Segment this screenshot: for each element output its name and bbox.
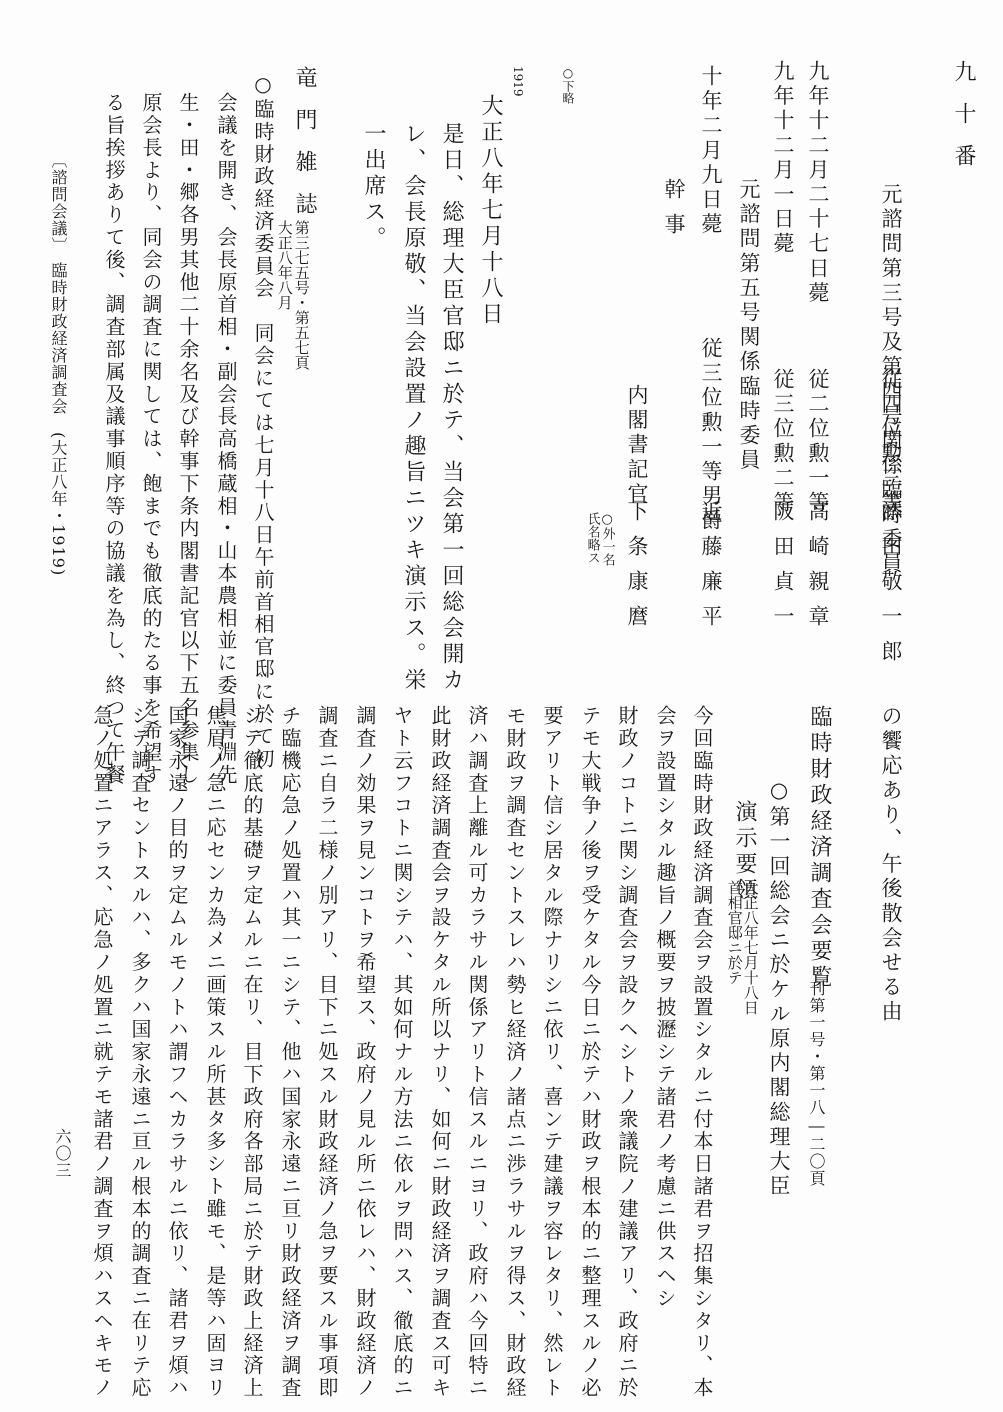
death-date: 十年二月九日薨 — [700, 65, 721, 237]
source-reference: 刊第一号・第一八―二〇頁 — [808, 980, 824, 1187]
member-name: 添田敬一郎 — [880, 500, 901, 675]
member-name: 高崎親章 — [807, 500, 828, 640]
article-text: ○臨時財政経済委員会 同会にては七月十八日午前首相官邸に於て初 — [253, 72, 273, 770]
source-date: 大正八年八月 — [276, 220, 292, 310]
source-title: 竜門雑誌 — [293, 66, 315, 234]
section-heading: ○第一回総会ニ於ケル原内閣総理大臣 — [768, 778, 789, 1199]
running-head-title: 臨時財政経済調査会 (大正八年・1919) — [50, 262, 66, 576]
body-text: 会ヲ設置シタル趣旨ノ概要ヲ披瀝シテ諸君ノ考慮ニ供スヘシ — [655, 705, 675, 1310]
speech-date: 大正八年七月十八日 — [742, 880, 758, 1015]
article-text: 生・田・郷各男其他二十余名及び幹事下条内閣書記官以下五名参集し — [178, 92, 198, 786]
annotation-omitted: ○下略 — [562, 66, 574, 104]
body-text: テモ大戦争ノ後ヲ受ケタル今日ニ於テハ財政ヲ根本的ニ整理スルノ必 — [580, 705, 600, 1399]
body-text: シテ調査セントスルハ、多クハ国家永遠ニ亘ル根本的調査ニ在リテ応 — [130, 705, 150, 1399]
secretary-label: 幹事 — [663, 178, 684, 248]
speech-location: 首相官邸ニ於テ — [726, 880, 742, 985]
body-text: 財政ノコトニ関シ調査会ヲ設クヘシトノ衆議院ノ建議アリ、政府ニ於 — [617, 705, 637, 1399]
member-rank: 従三位勲二等 — [772, 368, 793, 516]
event-text: レ、会長原敬、当会設置ノ趣旨ニツキ演示ス。栄 — [402, 122, 424, 694]
body-text: シテ徹底的基礎ヲ定ムルニ在リ、目下政府各部局ニ於テ財政上経済上 — [242, 705, 262, 1399]
body-text: 此財政経済調査会ヲ設ケタル所以ナリ、如何ニ財政経済ヲ調査ス可キ — [430, 705, 450, 1399]
member-name: 阪田貞一 — [772, 500, 793, 640]
body-text: 急ノ処置ニアラス、応急ノ処置ニ就テモ諸君ノ調査ヲ煩ハスヘキモノ — [92, 705, 112, 1399]
source-title: 臨時財政経済調査会要覧 — [808, 705, 830, 991]
entry-date-heading: 大正八年七月十八日 — [479, 94, 501, 328]
death-date: 九年十二月一日薨 — [772, 60, 793, 257]
event-text: 是日、総理大臣官邸ニ於テ、当会第一回総会開カ — [440, 122, 462, 694]
body-text: ヤト云フコトニ関シテハ、其如何ナル方法ニ依ルヲ問ハス、徹底的ニ — [392, 705, 412, 1399]
document-page: 九十番 元諮問第三号及第四号関係臨時委員 従四位勲三等 添田敬一郎 九年十二月二… — [0, 0, 1003, 1412]
running-head-section: 〔諮問会議〕 — [50, 152, 66, 254]
event-text: 一出席ス。 — [362, 122, 384, 252]
member-rank: 従二位勲一等 — [807, 368, 828, 516]
body-text: 調査ニ自ラ二様ノ別アリ、目下ニ処スル財政経済ノ急ヲ要スル事項即 — [317, 705, 337, 1399]
body-text: モ財政ヲ調査セントスレハ勢ヒ経済ノ諸点ニ渉ラサルヲ得ス、財政経 — [505, 705, 525, 1399]
body-text: 国家永遠ノ目的ヲ定ムルモノトハ謂フヘカラサルニ依リ、諸君ヲ煩ハ — [167, 705, 187, 1399]
article-text: 会議を開き、会長原首相・副会長高橋蔵相・山本農相並に委員青淵先 — [216, 92, 236, 786]
secretary-name: 下条康麿 — [626, 500, 647, 640]
body-text: 済ハ調査上離ル可カラサル関係アリト信スルニヨリ、政府ハ今回特ニ — [467, 705, 487, 1399]
article-text: る旨挨拶ありて後、調査部属及議事順序等の協議を為し、終つて午餐 — [104, 92, 124, 786]
body-text: 今回臨時財政経済調査会ヲ設置シタルニ付本日諸君ヲ招集シタリ、本 — [692, 705, 712, 1399]
article-text: 原会長より、同会の調査に関しては、飽までも徹底的たる事を希望す — [141, 92, 161, 786]
section-heading: 九十番 — [952, 60, 974, 186]
annotation-names-omitted: 氏名略ス — [585, 512, 599, 564]
annotation-others: ○外一名 — [600, 512, 614, 566]
body-text: 要アリト信シ居タル際ナリシニ依リ、喜ンテ建議ヲ容レタリ、然レト — [542, 705, 562, 1399]
committee-rank: 従四位勲三等 — [880, 368, 901, 516]
body-text: 調査ノ効果ヲ見ンコトヲ希望ス、政府ノ見ル所ニ依レハ、財政経済ノ — [355, 705, 375, 1399]
committee-title: 元諮問第五号関係臨時委員 — [738, 178, 759, 473]
source-reference: 第三七五号・第五七頁 — [293, 220, 309, 370]
body-text: 焦眉ノ急ニ応センカ為メニ画策スル所甚タ多シト雖モ、是等ハ固ヨリ — [205, 705, 225, 1399]
body-text: チ臨機応急ノ処置ハ其一ニシテ、他ハ国家永遠ニ亘リ財政経済ヲ調査 — [280, 705, 300, 1399]
continuation-text: の饗応あり、午後散会せる由 — [880, 705, 901, 1025]
secretary-rank: 内閣書記官 — [626, 384, 647, 507]
member-name: 近藤廉平 — [700, 500, 721, 640]
page-number: 六〇三 — [54, 1128, 70, 1179]
western-year: 1919 — [512, 66, 524, 97]
death-date: 九年十二月二十七日薨 — [807, 60, 828, 306]
